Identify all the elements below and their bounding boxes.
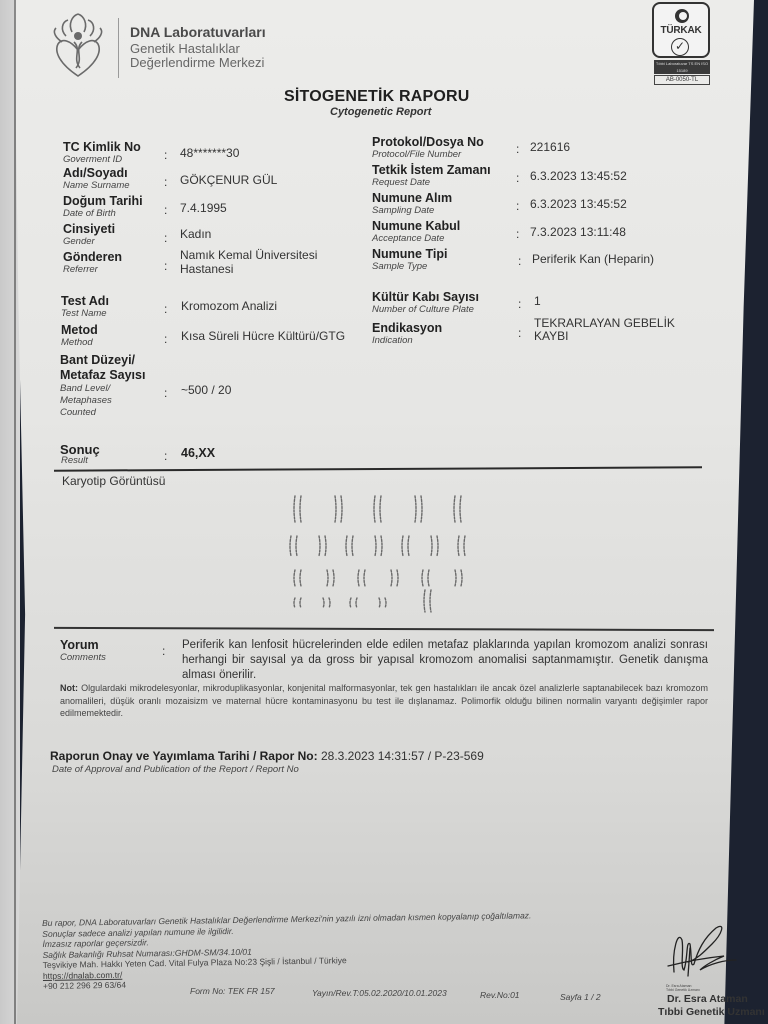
colon: : — [518, 254, 521, 268]
org-subtitle-line1: Genetik Hastalıklar — [130, 41, 240, 56]
colon: : — [164, 148, 167, 162]
field-value-request-date: 6.3.2023 13:45:52 — [530, 169, 627, 183]
field-value-protocol: 221616 — [530, 140, 570, 154]
field-value-indication-line1: TEKRARLAYAN GEBELİK — [534, 316, 675, 330]
field-sublabel-protocol: Protocol/File Number — [372, 149, 461, 160]
footer-disclaimer: Bu rapor, DNA Laboratuvarları Genetik Ha… — [42, 910, 532, 991]
footer-rev-no: Rev.No:01 — [480, 990, 520, 1000]
field-label-name: Adı/Soyadı — [63, 166, 128, 180]
field-sublabel-dob: Date of Birth — [63, 208, 116, 219]
report-subtitle: Cytogenetic Report — [330, 106, 431, 118]
footer-revision-date: Yayın/Rev.T:05.02.2020/10.01.2023 — [312, 988, 447, 998]
signature-icon — [664, 920, 754, 980]
turkak-accreditation-badge: TÜRKAK ✓ Tıbbi Laboratuvar TS EN ISO 151… — [652, 2, 712, 82]
field-label-gender: Cinsiyeti — [63, 222, 115, 236]
field-sublabel-band-level-line2: Metaphases — [60, 395, 112, 406]
colon: : — [164, 332, 167, 346]
colon: : — [516, 199, 519, 213]
org-name: DNA Laboratuvarları — [130, 24, 266, 40]
turkak-label: TÜRKAK — [654, 25, 708, 36]
colon: : — [164, 259, 167, 273]
colon: : — [516, 227, 519, 241]
colon: : — [162, 644, 165, 658]
approval-value: 28.3.2023 14:31:57 / P-23-569 — [321, 749, 484, 763]
field-value-tc-id: 48*******30 — [180, 146, 239, 160]
karyotype-label: Karyotip Görüntüsü — [62, 474, 165, 488]
colon: : — [164, 449, 167, 463]
field-label-request-date: Tetkik İstem Zamanı — [372, 163, 491, 177]
field-sublabel-sampling-date: Sampling Date — [372, 205, 434, 216]
footer-page-number: Sayfa 1 / 2 — [560, 992, 601, 1002]
field-sublabel-band-level-line3: Counted — [60, 407, 96, 418]
footer-website-link[interactable]: https://dnalab.com.tr/ — [43, 969, 123, 980]
field-label-culture-plate: Kültür Kabı Sayısı — [372, 290, 479, 304]
result-value: 46,XX — [181, 446, 215, 460]
field-label-protocol: Protokol/Dosya No — [372, 135, 484, 149]
approval-sublabel: Date of Approval and Publication of the … — [52, 764, 299, 775]
field-sublabel-indication: Indication — [372, 335, 413, 346]
field-label-method: Metod — [61, 323, 98, 337]
field-value-band-level: ~500 / 20 — [181, 383, 231, 397]
field-label-band-level-line1: Bant Düzeyi/ — [60, 353, 135, 367]
turkak-box: TÜRKAK ✓ — [652, 2, 710, 58]
field-label-sample-type: Numune Tipi — [372, 247, 447, 261]
field-value-gender: Kadın — [180, 227, 211, 241]
logo-divider — [118, 18, 119, 78]
checkmark-icon: ✓ — [671, 38, 689, 56]
field-sublabel-request-date: Request Date — [372, 177, 430, 188]
approval-row: Raporun Onay ve Yayımlama Tarihi / Rapor… — [50, 749, 484, 763]
field-value-indication-line2: KAYBI — [534, 329, 568, 343]
field-value-dob: 7.4.1995 — [180, 201, 227, 215]
field-label-band-level-line2: Metafaz Sayısı — [60, 368, 145, 382]
colon: : — [164, 175, 167, 189]
field-label-test-name: Test Adı — [61, 294, 109, 308]
field-sublabel-culture-plate: Number of Culture Plate — [372, 304, 474, 315]
colon: : — [516, 171, 519, 185]
field-label-referrer: Gönderen — [63, 250, 122, 264]
note-text: Olgulardaki mikrodelesyonlar, mikrodupli… — [60, 683, 708, 718]
paper-fold-edge — [14, 0, 16, 1024]
colon: : — [164, 203, 167, 217]
org-subtitle-line2: Değerlendirme Merkezi — [130, 55, 264, 70]
signature-stamp: Dr. Esra Ataman Tıbbi Genetik Uzmanı — [666, 984, 700, 992]
field-label-indication: Endikasyon — [372, 321, 442, 335]
crescent-icon — [675, 9, 689, 23]
field-label-acceptance-date: Numune Kabul — [372, 219, 460, 233]
comments-label: Yorum — [60, 638, 99, 652]
field-value-sampling-date: 6.3.2023 13:45:52 — [530, 197, 627, 211]
note-prefix: Not: — [60, 683, 78, 693]
colon: : — [516, 142, 519, 156]
result-sublabel: Result — [61, 455, 88, 466]
colon: : — [164, 231, 167, 245]
comments-text: Periferik kan lenfosit hücrelerinden eld… — [182, 638, 708, 683]
karyotype-image — [280, 484, 480, 624]
footer-form-no: Form No: TEK FR 157 — [190, 986, 275, 996]
colon: : — [518, 326, 521, 340]
field-sublabel-referrer: Referrer — [63, 264, 98, 275]
approval-label: Raporun Onay ve Yayımlama Tarihi / Rapor… — [50, 749, 318, 763]
field-label-tc-id: TC Kimlik No — [63, 140, 141, 154]
signatory-name: Dr. Esra Ataman — [667, 993, 748, 1005]
field-sublabel-acceptance-date: Acceptance Date — [372, 233, 444, 244]
colon: : — [164, 386, 167, 400]
field-value-method: Kısa Süreli Hücre Kültürü/GTG — [181, 329, 345, 343]
field-sublabel-tc-id: Goverment ID — [63, 154, 122, 165]
dna-lab-logo-icon — [50, 12, 106, 80]
note-section: Not: Olgulardaki mikrodelesyonlar, mikro… — [60, 682, 708, 720]
signatory-title: Tıbbi Genetik Uzmanı — [658, 1006, 765, 1018]
field-value-sample-type: Periferik Kan (Heparin) — [532, 252, 654, 266]
field-sublabel-name: Name Surname — [63, 180, 130, 191]
field-value-name: GÖKÇENUR GÜL — [180, 173, 277, 187]
field-value-referrer-line1: Namık Kemal Üniversitesi — [180, 248, 317, 262]
colon: : — [518, 297, 521, 311]
colon: : — [164, 302, 167, 316]
field-value-referrer-line2: Hastanesi — [180, 262, 233, 276]
field-value-test-name: Kromozom Analizi — [181, 299, 277, 313]
field-value-culture-plate: 1 — [534, 294, 541, 308]
turkak-band-text: Tıbbi Laboratuvar TS EN ISO 15189 — [654, 60, 710, 74]
field-sublabel-sample-type: Sample Type — [372, 261, 427, 272]
turkak-code: AB-0050-TL — [654, 75, 710, 85]
field-label-dob: Doğum Tarihi — [63, 194, 143, 208]
field-label-sampling-date: Numune Alım — [372, 191, 452, 205]
field-sublabel-gender: Gender — [63, 236, 95, 247]
field-sublabel-band-level-line1: Band Level/ — [60, 383, 110, 394]
field-sublabel-method: Method — [61, 337, 93, 348]
comments-sublabel: Comments — [60, 652, 106, 663]
report-title: SİTOGENETİK RAPORU — [284, 88, 470, 106]
field-value-acceptance-date: 7.3.2023 13:11:48 — [530, 225, 626, 239]
field-sublabel-test-name: Test Name — [61, 308, 107, 319]
